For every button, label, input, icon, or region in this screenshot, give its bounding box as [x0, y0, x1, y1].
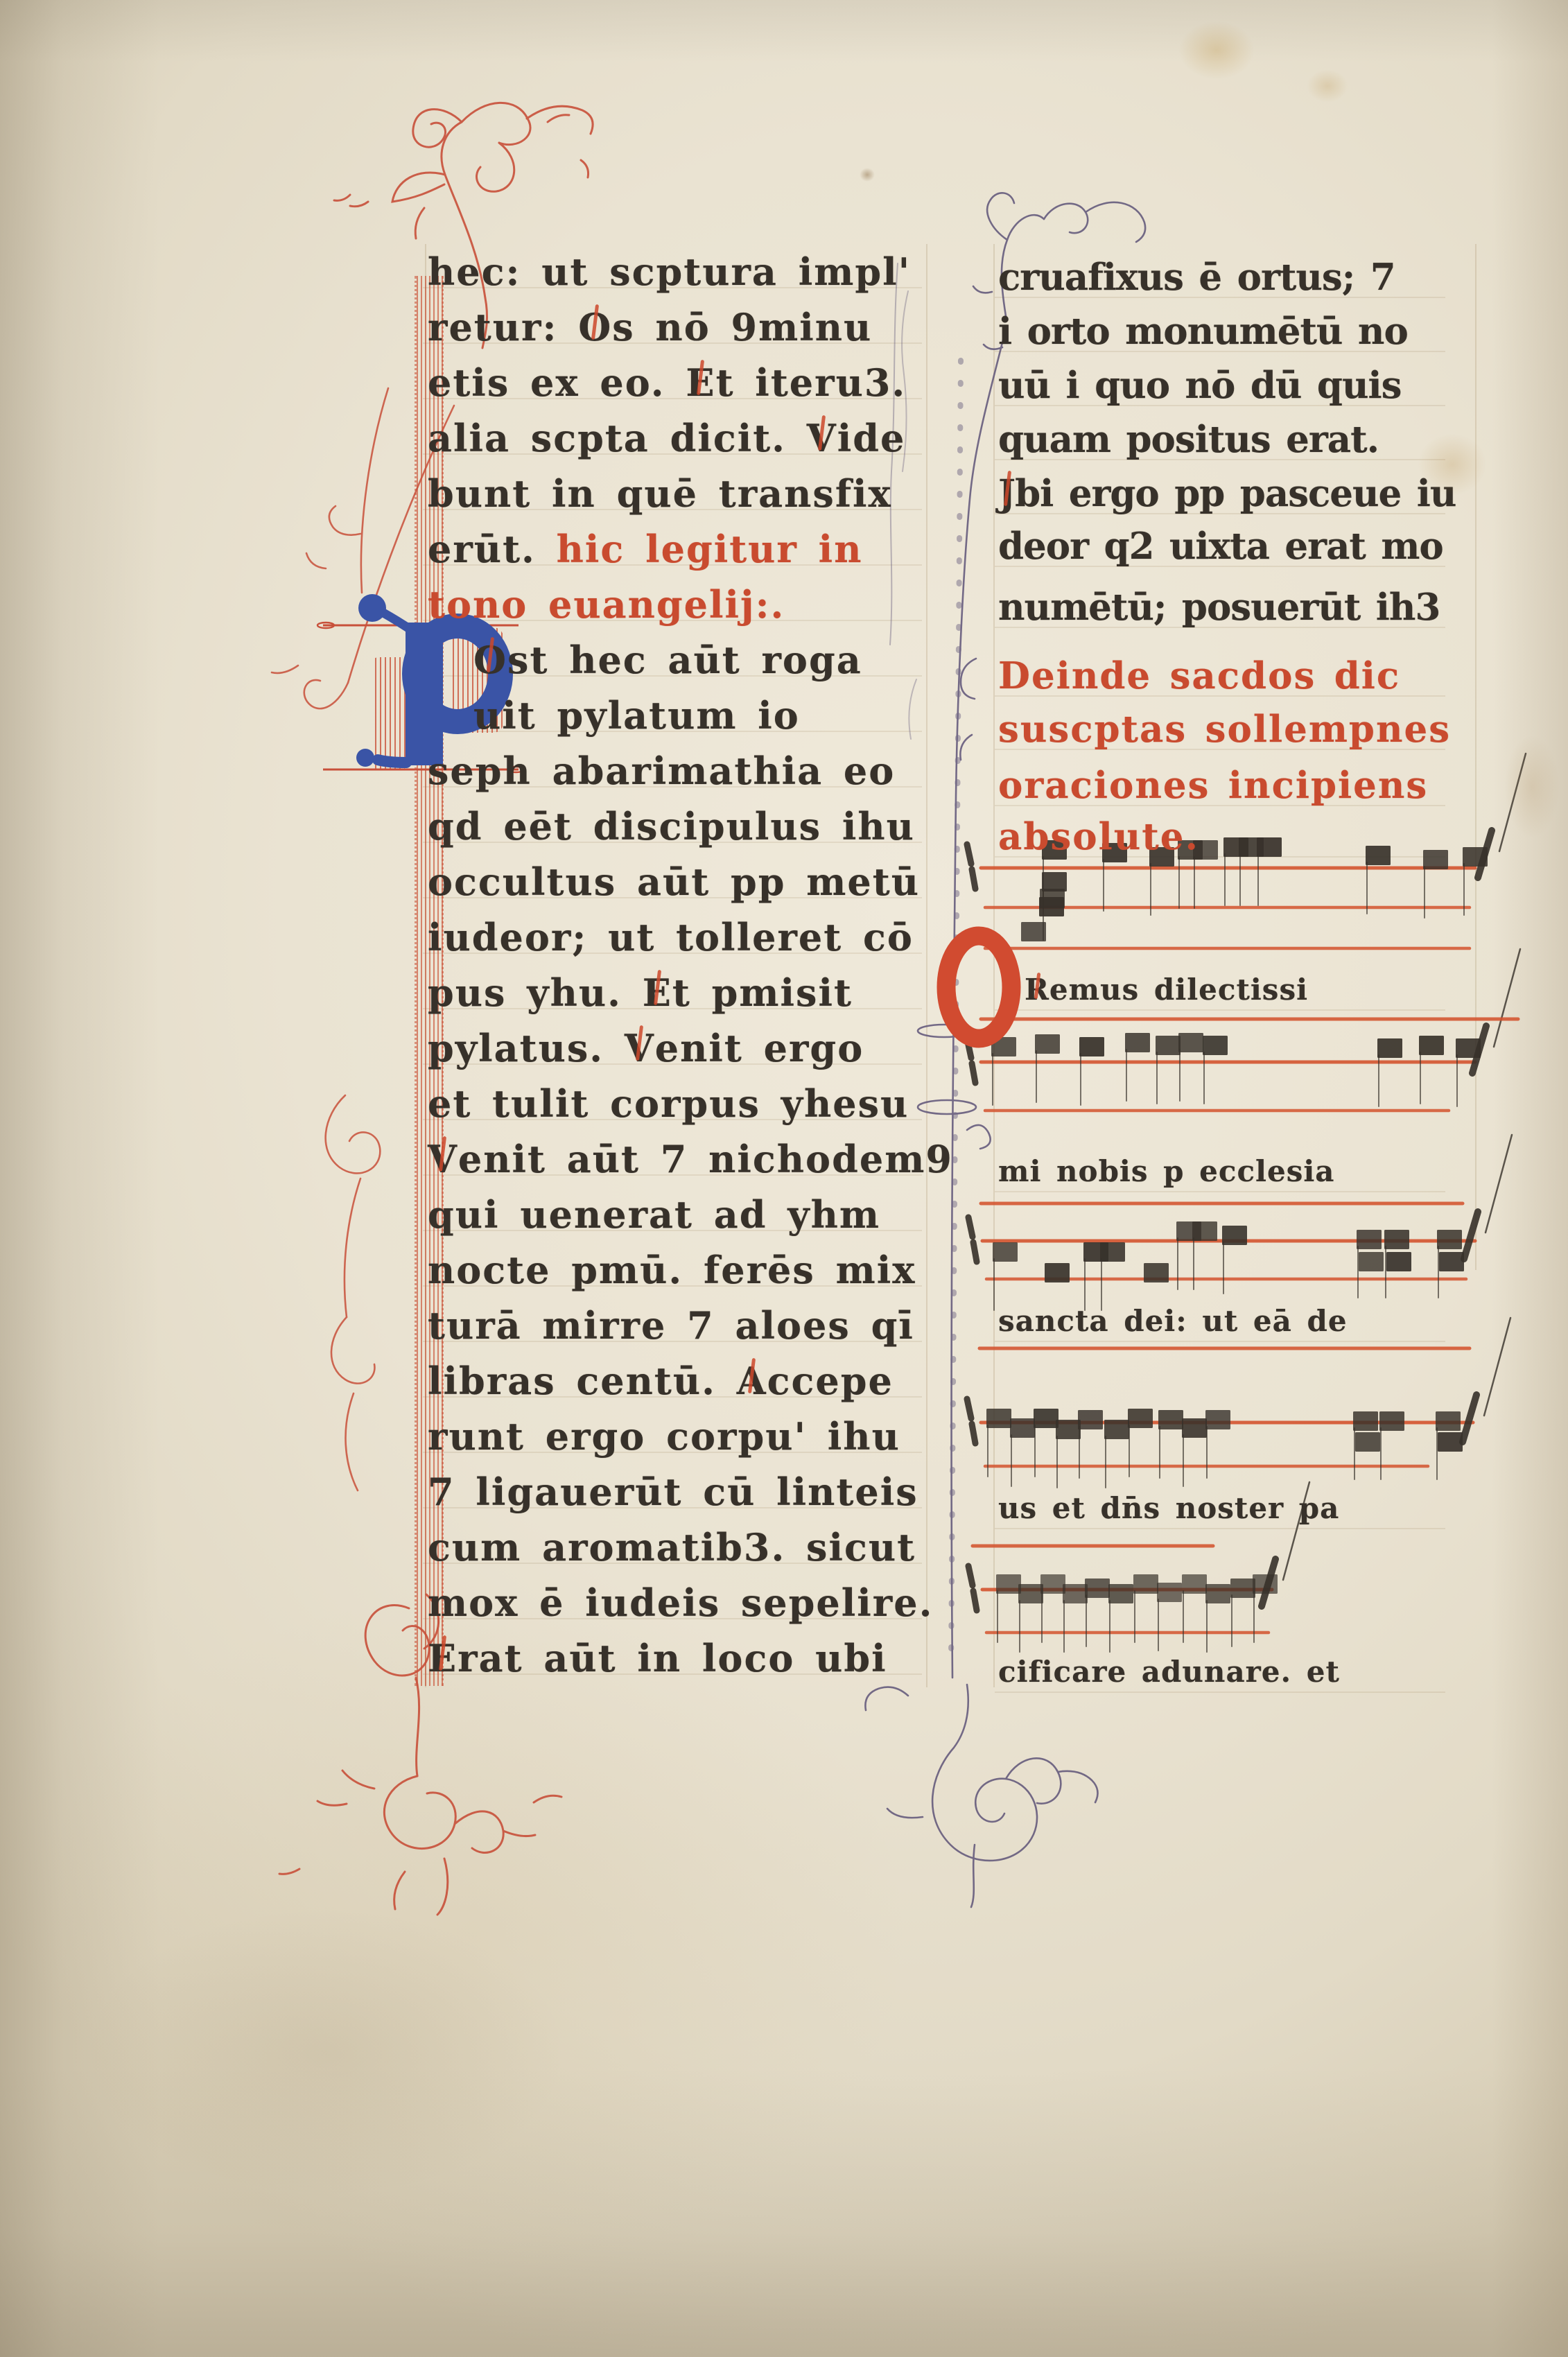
text-segment: hec: ut scptura impl' — [428, 250, 911, 294]
text-segment: oraciones incipiens — [998, 764, 1428, 807]
text-segment: mox ē iudeis sepelire. — [428, 1581, 933, 1625]
manuscript-text-line: erūt. hic legitur in — [428, 521, 862, 577]
text-segment: absolute. — [998, 815, 1199, 858]
text-segment: ccepe — [767, 1359, 894, 1403]
text-segment: us et dn̄s noster pa — [998, 1491, 1339, 1525]
text-segment: sancta dei: ut eā de — [998, 1304, 1348, 1338]
text-segment: qui uenerat ad yhm — [428, 1192, 880, 1237]
manuscript-text-line: iudeor; ut tolleret cō — [428, 910, 914, 965]
text-segment: occultus aūt pp metū — [428, 860, 920, 904]
text-segment: hic legitur in — [557, 527, 863, 571]
text-segment: qd eēt discipulus ihu — [428, 804, 915, 849]
text-segment: R — [1025, 969, 1049, 1011]
text-segment: quam positus erat. — [998, 418, 1379, 461]
chant-text-line: cificare adunare. et — [998, 1651, 1340, 1693]
manuscript-text-line: mox ē iudeis sepelire. — [428, 1575, 933, 1630]
text-segment: deor q2 uixta erat mo — [998, 525, 1443, 568]
text-segment: erūt. — [428, 527, 557, 571]
manuscript-text-line: bunt in quē transfix — [428, 466, 892, 521]
text-segment: V — [428, 1131, 458, 1187]
text-segment: t iteru3. — [716, 360, 907, 405]
text-segment: runt ergo corpu' ihu — [428, 1414, 900, 1459]
text-segment: cificare adunare. et — [998, 1655, 1340, 1689]
text-segment: cum aromatib3. sicut — [428, 1525, 916, 1569]
manuscript-text-line: retur: Os nō 9minu — [428, 299, 872, 355]
text-segment: uū i quo nō dū quis — [998, 364, 1401, 407]
text-segment: ide — [837, 416, 906, 460]
manuscript-text-line: uit pylatum io — [473, 688, 800, 743]
text-segment: iudeor; ut tolleret cō — [428, 915, 914, 959]
text-segment: t pmisit — [672, 971, 853, 1015]
text-segment: uit pylatum io — [473, 693, 800, 738]
text-segment: seph abarimathia eo — [428, 749, 895, 793]
text-segment: bunt in quē transfix — [428, 471, 892, 516]
manuscript-text-line: etis ex eo. Et iteru3. — [428, 355, 906, 410]
text-segment: E — [686, 355, 715, 410]
manuscript-text-line: cruafixus ē ortus; 7 — [998, 250, 1395, 305]
rubric-line: Deinde sacdos dic — [998, 648, 1400, 704]
text-segment: J — [998, 466, 1015, 521]
rubric-line: absolute. — [998, 809, 1199, 864]
text-segment: Deinde sacdos dic — [998, 654, 1400, 697]
rubric-line: oraciones incipiens — [998, 758, 1428, 813]
manuscript-text-line: turā mirre 7 aloes qī — [428, 1298, 914, 1353]
manuscript-text-line: i orto monumētū no — [998, 304, 1408, 359]
text-segment: numētū; posuerūt ih3 — [998, 586, 1440, 629]
text-segment: E — [428, 1630, 458, 1686]
manuscript-text-line: alia scpta dicit. Vide — [428, 410, 905, 466]
text-segment: O — [473, 632, 507, 688]
text-segment: V — [807, 410, 837, 466]
text-segment: O — [578, 299, 612, 355]
manuscript-text-line: Jbi ergo pp pasceue iu — [998, 466, 1456, 521]
text-segment: st hec aūt roga — [507, 638, 862, 682]
text-segment: pylatus. — [428, 1026, 625, 1070]
manuscript-page: hec: ut scptura impl'retur: Os nō 9minue… — [0, 0, 1568, 2357]
text-segment: s nō 9minu — [612, 305, 872, 349]
text-segment: mi nobis p ecclesia — [998, 1154, 1335, 1188]
text-segment: alia scpta dicit. — [428, 416, 807, 460]
manuscript-text-line: libras centū. Accepe — [428, 1353, 894, 1409]
text-segment: tono euangelij:. — [428, 582, 785, 627]
chant-text-line: sancta dei: ut eā de — [998, 1301, 1348, 1342]
text-segment: bi ergo pp pasceue iu — [1015, 472, 1456, 515]
manuscript-text-line: pus yhu. Et pmisit — [428, 965, 853, 1020]
manuscript-text-line: nocte pmū. ferēs mix — [428, 1242, 916, 1298]
initial-o — [946, 936, 1011, 1038]
manuscript-text-line: qd eēt discipulus ihu — [428, 799, 915, 854]
text-segment: emus dilectissi — [1049, 973, 1308, 1007]
text-segment: 7 ligauerūt cū linteis — [428, 1470, 918, 1514]
manuscript-text-line: occultus aūt pp metū — [428, 854, 920, 910]
text-segment: suscptas sollempnes — [998, 708, 1451, 751]
text-segment: turā mirre 7 aloes qī — [428, 1303, 914, 1348]
manuscript-text-line: 7 ligauerūt cū linteis — [428, 1464, 918, 1520]
chant-text-line: Remus dilectissi — [1025, 969, 1308, 1011]
manuscript-text-line: Venit aūt 7 nichodem9 — [428, 1131, 953, 1187]
manuscript-text-line: numētū; posuerūt ih3 — [998, 580, 1440, 635]
manuscript-text-line: deor q2 uixta erat mo — [998, 519, 1443, 574]
manuscript-text-line: et tulit corpus yhesu — [428, 1076, 909, 1131]
chant-text-line: mi nobis p ecclesia — [998, 1151, 1335, 1192]
text-segment: V — [625, 1020, 655, 1076]
text-segment: cruafixus ē ortus; 7 — [998, 256, 1395, 299]
text-segment: retur: — [428, 305, 578, 349]
manuscript-text-line: tono euangelij:. — [428, 577, 785, 632]
text-segment: etis ex eo. — [428, 360, 686, 405]
manuscript-text-line: hec: ut scptura impl' — [428, 244, 911, 299]
text-segment: rat aūt in loco ubi — [458, 1636, 887, 1680]
manuscript-text-line: cum aromatib3. sicut — [428, 1520, 916, 1575]
text-segment: et tulit corpus yhesu — [428, 1081, 909, 1126]
manuscript-text-line: pylatus. Venit ergo — [428, 1020, 864, 1076]
manuscript-text-line: uū i quo nō dū quis — [998, 358, 1401, 413]
text-segment: A — [737, 1353, 767, 1409]
chant-text-line: us et dn̄s noster pa — [998, 1488, 1339, 1529]
manuscript-text-line: seph abarimathia eo — [428, 743, 895, 799]
rubric-line: suscptas sollempnes — [998, 702, 1451, 757]
text-segment: pus yhu. — [428, 971, 643, 1015]
text-segment: E — [643, 965, 672, 1020]
text-segment: enit aūt 7 nichodem9 — [458, 1137, 953, 1181]
manuscript-text-line: Erat aūt in loco ubi — [428, 1630, 887, 1686]
manuscript-text-line: quam positus erat. — [998, 412, 1379, 467]
text-segment: nocte pmū. ferēs mix — [428, 1248, 916, 1292]
manuscript-text-line: qui uenerat ad yhm — [428, 1187, 880, 1242]
text-segment: libras centū. — [428, 1359, 737, 1403]
manuscript-text-line: runt ergo corpu' ihu — [428, 1409, 900, 1464]
text-segment: enit ergo — [655, 1026, 864, 1070]
text-segment: i orto monumētū no — [998, 310, 1408, 353]
manuscript-text-line: Ost hec aūt roga — [473, 632, 862, 688]
